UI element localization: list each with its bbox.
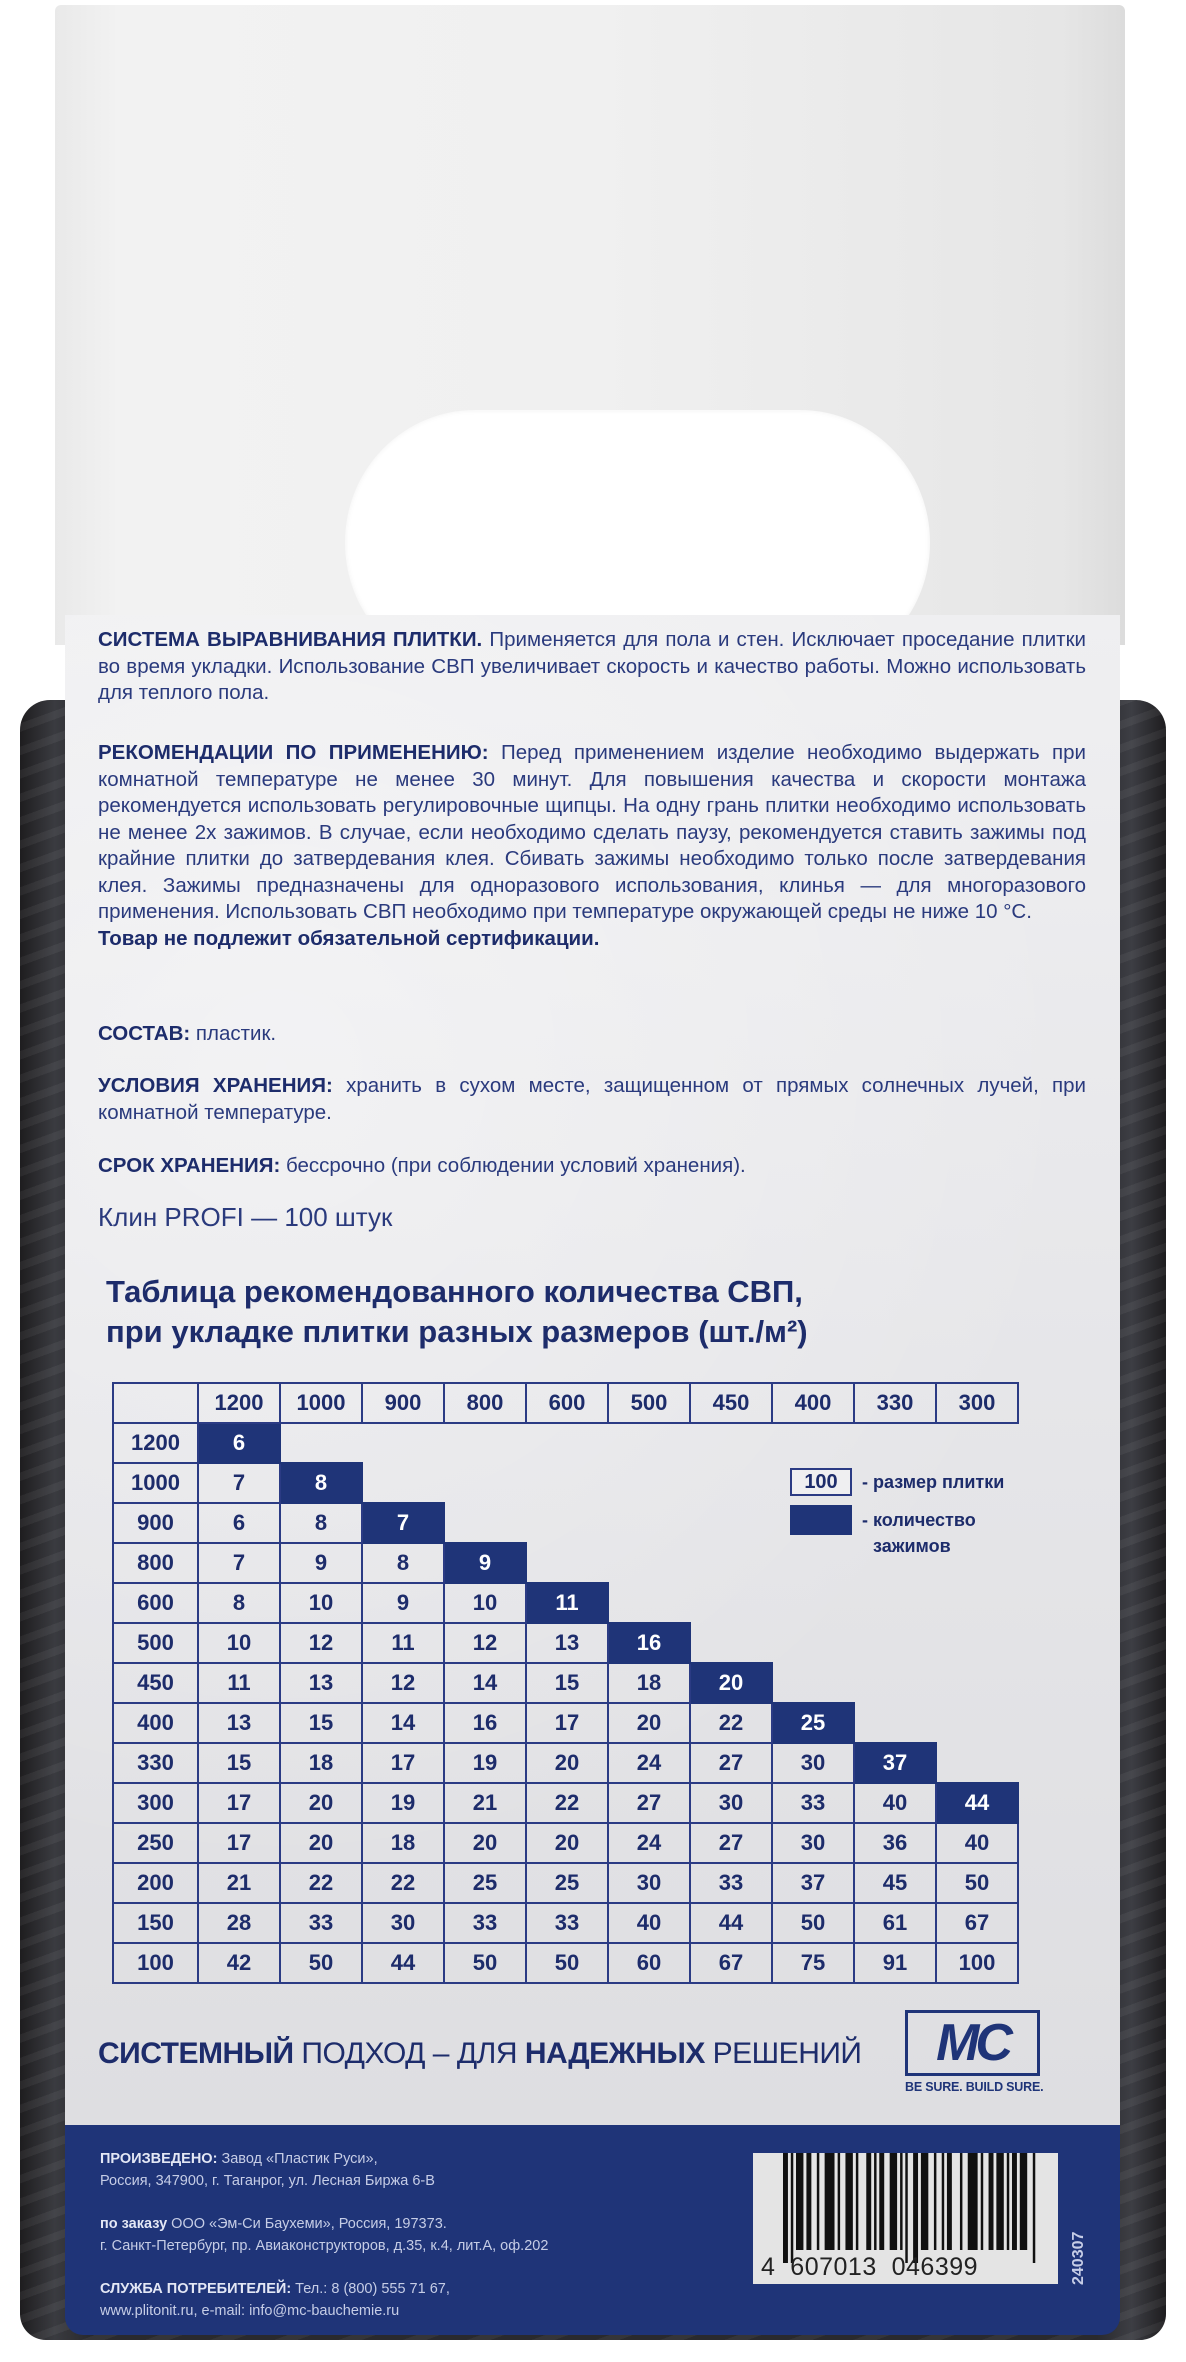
table-cell: 36 bbox=[854, 1823, 936, 1863]
column-header: 900 bbox=[362, 1383, 444, 1423]
batch-code: 240307 bbox=[1070, 2232, 1088, 2285]
diagonal-cell: 7 bbox=[362, 1503, 444, 1543]
storage-heading: УСЛОВИЯ ХРАНЕНИЯ: bbox=[98, 1074, 333, 1097]
diagonal-cell: 8 bbox=[280, 1463, 362, 1503]
diagonal-cell: 16 bbox=[608, 1623, 690, 1663]
empty-cell bbox=[690, 1543, 772, 1583]
table-cell: 13 bbox=[280, 1663, 362, 1703]
empty-cell bbox=[444, 1463, 526, 1503]
legend-size-swatch: 100 bbox=[790, 1468, 852, 1496]
diagonal-cell: 6 bbox=[198, 1423, 280, 1463]
barcode: 4 607013 046399 bbox=[753, 2153, 1058, 2284]
mc-tagline: BE SURE. BUILD SURE. bbox=[905, 2080, 1045, 2094]
composition-text: пластик. bbox=[190, 1022, 276, 1045]
table-cell: 17 bbox=[198, 1783, 280, 1823]
shelf-life: СРОК ХРАНЕНИЯ: бессрочно (при соблюдении… bbox=[98, 1153, 1086, 1180]
table-cell: 91 bbox=[854, 1943, 936, 1983]
table-cell: 13 bbox=[526, 1623, 608, 1663]
column-header: 450 bbox=[690, 1383, 772, 1423]
table-cell: 44 bbox=[362, 1943, 444, 1983]
row-header: 500 bbox=[113, 1623, 198, 1663]
empty-cell bbox=[526, 1543, 608, 1583]
shelf-heading: СРОК ХРАНЕНИЯ: bbox=[98, 1154, 280, 1177]
diagonal-cell: 11 bbox=[526, 1583, 608, 1623]
empty-cell bbox=[690, 1463, 772, 1503]
column-header: 330 bbox=[854, 1383, 936, 1423]
table-cell: 6 bbox=[198, 1503, 280, 1543]
row-header: 1200 bbox=[113, 1423, 198, 1463]
diagonal-cell: 9 bbox=[444, 1543, 526, 1583]
table-cell: 11 bbox=[362, 1623, 444, 1663]
table-cell: 10 bbox=[198, 1623, 280, 1663]
table-cell: 33 bbox=[444, 1903, 526, 1943]
table-cell: 8 bbox=[362, 1543, 444, 1583]
table-cell: 16 bbox=[444, 1703, 526, 1743]
empty-cell bbox=[690, 1583, 772, 1623]
table-cell: 7 bbox=[198, 1543, 280, 1583]
empty-cell bbox=[690, 1503, 772, 1543]
table-cell: 30 bbox=[608, 1863, 690, 1903]
table-row: 500101211121316 bbox=[113, 1623, 1018, 1663]
row-header: 400 bbox=[113, 1703, 198, 1743]
table-cell: 19 bbox=[362, 1783, 444, 1823]
bag-top-film bbox=[55, 5, 1125, 645]
table-row: 60081091011 bbox=[113, 1583, 1018, 1623]
empty-cell bbox=[936, 1583, 1018, 1623]
table-row: 330151817192024273037 bbox=[113, 1743, 1018, 1783]
slogan-part-2: ПОДХОД – ДЛЯ bbox=[294, 2037, 525, 2070]
system-description: СИСТЕМА ВЫРАВНИВАНИЯ ПЛИТКИ. Применяется… bbox=[98, 627, 1086, 707]
empty-cell bbox=[690, 1623, 772, 1663]
empty-cell bbox=[854, 1703, 936, 1743]
table-cell: 8 bbox=[280, 1503, 362, 1543]
table-row: 20021222225253033374550 bbox=[113, 1863, 1018, 1903]
produced-heading: ПРОИЗВЕДЕНО: bbox=[100, 2151, 217, 2167]
manufacturer-info: ПРОИЗВЕДЕНО: Завод «Пластик Руси», Росси… bbox=[100, 2148, 548, 2343]
row-header: 150 bbox=[113, 1903, 198, 1943]
diagonal-cell: 37 bbox=[854, 1743, 936, 1783]
service-web: www.plitonit.ru, e-mail: info@mc-bauchem… bbox=[100, 2303, 399, 2319]
table-cell: 8 bbox=[198, 1583, 280, 1623]
empty-cell bbox=[936, 1703, 1018, 1743]
table-row: 12006 bbox=[113, 1423, 1018, 1463]
column-header: 1000 bbox=[280, 1383, 362, 1423]
row-header: 200 bbox=[113, 1863, 198, 1903]
table-cell: 9 bbox=[362, 1583, 444, 1623]
table-header-row: 12001000900800600500450400330300 bbox=[113, 1383, 1018, 1423]
table-cell: 12 bbox=[280, 1623, 362, 1663]
table-cell: 18 bbox=[608, 1663, 690, 1703]
table-cell: 10 bbox=[444, 1583, 526, 1623]
table-row: 25017201820202427303640 bbox=[113, 1823, 1018, 1863]
diagonal-cell: 44 bbox=[936, 1783, 1018, 1823]
table-cell: 14 bbox=[362, 1703, 444, 1743]
slogan-part-4: РЕШЕНИЙ bbox=[705, 2037, 862, 2070]
recommend-heading: РЕКОМЕНДАЦИИ ПО ПРИМЕНЕНИЮ: bbox=[98, 741, 489, 764]
legend-count-label: - количество bbox=[862, 1510, 976, 1531]
table-cell: 22 bbox=[690, 1703, 772, 1743]
table-cell: 17 bbox=[198, 1823, 280, 1863]
column-header: 800 bbox=[444, 1383, 526, 1423]
empty-cell bbox=[280, 1423, 362, 1463]
table-cell: 20 bbox=[280, 1823, 362, 1863]
table-title-line2: при укладке плитки разных размеров (шт./… bbox=[106, 1312, 1006, 1352]
table-cell: 22 bbox=[526, 1783, 608, 1823]
table-cell: 22 bbox=[362, 1863, 444, 1903]
package-contents: Клин PROFI — 100 штук bbox=[98, 1202, 392, 1233]
table-cell: 14 bbox=[444, 1663, 526, 1703]
produced-text: Завод «Пластик Руси», bbox=[217, 2151, 377, 2167]
empty-cell bbox=[854, 1423, 936, 1463]
table-row: 100425044505060677591100 bbox=[113, 1943, 1018, 1983]
diagonal-cell: 20 bbox=[690, 1663, 772, 1703]
table-title-line1: Таблица рекомендованного количества СВП, bbox=[106, 1272, 1006, 1312]
row-header: 1000 bbox=[113, 1463, 198, 1503]
row-header: 450 bbox=[113, 1663, 198, 1703]
empty-cell bbox=[362, 1463, 444, 1503]
service-heading: СЛУЖБА ПОТРЕБИТЕЛЕЙ: bbox=[100, 2281, 291, 2297]
empty-cell bbox=[608, 1503, 690, 1543]
slogan-part-1: СИСТЕМНЫЙ bbox=[98, 2037, 294, 2070]
table-cell: 17 bbox=[526, 1703, 608, 1743]
table-title: Таблица рекомендованного количества СВП,… bbox=[106, 1272, 1006, 1352]
table-cell: 37 bbox=[772, 1863, 854, 1903]
table-cell: 21 bbox=[198, 1863, 280, 1903]
table-cell: 10 bbox=[280, 1583, 362, 1623]
empty-cell bbox=[772, 1663, 854, 1703]
table-legend: 100 - размер плитки - количество зажимов bbox=[790, 1467, 1004, 1557]
table-cell: 25 bbox=[444, 1863, 526, 1903]
empty-cell bbox=[772, 1423, 854, 1463]
produced-address: Россия, 347900, г. Таганрог, ул. Лесная … bbox=[100, 2173, 435, 2189]
table-row: 15028333033334044506167 bbox=[113, 1903, 1018, 1943]
recommend-text: Перед применением изделие необходимо выд… bbox=[98, 741, 1086, 923]
empty-cell bbox=[608, 1423, 690, 1463]
table-cell: 20 bbox=[280, 1783, 362, 1823]
table-cell: 33 bbox=[526, 1903, 608, 1943]
table-cell: 15 bbox=[198, 1743, 280, 1783]
table-corner-cell bbox=[113, 1383, 198, 1423]
row-header: 100 bbox=[113, 1943, 198, 1983]
table-cell: 75 bbox=[772, 1943, 854, 1983]
empty-cell bbox=[854, 1623, 936, 1663]
empty-cell bbox=[608, 1583, 690, 1623]
table-cell: 30 bbox=[362, 1903, 444, 1943]
table-cell: 30 bbox=[772, 1823, 854, 1863]
table-row: 45011131214151820 bbox=[113, 1663, 1018, 1703]
certification-note: Товар не подлежит обязательной сертифика… bbox=[98, 927, 599, 950]
empty-cell bbox=[608, 1463, 690, 1503]
column-header: 300 bbox=[936, 1383, 1018, 1423]
table-cell: 60 bbox=[608, 1943, 690, 1983]
table-cell: 33 bbox=[690, 1863, 772, 1903]
row-header: 800 bbox=[113, 1543, 198, 1583]
column-header: 1200 bbox=[198, 1383, 280, 1423]
row-header: 300 bbox=[113, 1783, 198, 1823]
empty-cell bbox=[854, 1663, 936, 1703]
table-cell: 20 bbox=[608, 1703, 690, 1743]
table-cell: 50 bbox=[280, 1943, 362, 1983]
legend-count-swatch bbox=[790, 1505, 852, 1535]
row-header: 330 bbox=[113, 1743, 198, 1783]
mc-logo-mark: MC bbox=[905, 2010, 1040, 2076]
table-cell: 45 bbox=[854, 1863, 936, 1903]
table-cell: 20 bbox=[444, 1823, 526, 1863]
table-cell: 20 bbox=[526, 1823, 608, 1863]
empty-cell bbox=[936, 1623, 1018, 1663]
table-cell: 30 bbox=[772, 1743, 854, 1783]
composition: СОСТАВ: пластик. bbox=[98, 1021, 1086, 1048]
empty-cell bbox=[526, 1463, 608, 1503]
row-header: 900 bbox=[113, 1503, 198, 1543]
empty-cell bbox=[936, 1423, 1018, 1463]
slogan-part-3: НАДЕЖНЫХ bbox=[525, 2037, 705, 2070]
table-cell: 50 bbox=[772, 1903, 854, 1943]
empty-cell bbox=[362, 1423, 444, 1463]
mc-logo: MC BE SURE. BUILD SURE. bbox=[905, 2010, 1045, 2094]
table-cell: 9 bbox=[280, 1543, 362, 1583]
order-heading: по заказу bbox=[100, 2216, 167, 2232]
legend-size-label: - размер плитки bbox=[862, 1472, 1004, 1493]
table-cell: 15 bbox=[280, 1703, 362, 1743]
table-cell: 67 bbox=[936, 1903, 1018, 1943]
column-header: 500 bbox=[608, 1383, 690, 1423]
table-cell: 21 bbox=[444, 1783, 526, 1823]
table-cell: 40 bbox=[854, 1783, 936, 1823]
empty-cell bbox=[936, 1663, 1018, 1703]
table-cell: 40 bbox=[936, 1823, 1018, 1863]
empty-cell bbox=[526, 1423, 608, 1463]
column-header: 600 bbox=[526, 1383, 608, 1423]
table-cell: 11 bbox=[198, 1663, 280, 1703]
row-header: 600 bbox=[113, 1583, 198, 1623]
composition-heading: СОСТАВ: bbox=[98, 1022, 190, 1045]
empty-cell bbox=[526, 1503, 608, 1543]
table-cell: 28 bbox=[198, 1903, 280, 1943]
table-cell: 17 bbox=[362, 1743, 444, 1783]
system-heading: СИСТЕМА ВЫРАВНИВАНИЯ ПЛИТКИ. bbox=[98, 628, 482, 651]
empty-cell bbox=[772, 1623, 854, 1663]
legend-count-label-2: зажимов bbox=[790, 1535, 1004, 1557]
table-cell: 12 bbox=[362, 1663, 444, 1703]
empty-cell bbox=[690, 1423, 772, 1463]
table-cell: 100 bbox=[936, 1943, 1018, 1983]
empty-cell bbox=[772, 1583, 854, 1623]
table-cell: 25 bbox=[526, 1863, 608, 1903]
order-address: г. Санкт-Петербург, пр. Авиаконструкторо… bbox=[100, 2238, 548, 2254]
table-cell: 33 bbox=[772, 1783, 854, 1823]
table-row: 30017201921222730334044 bbox=[113, 1783, 1018, 1823]
table-cell: 15 bbox=[526, 1663, 608, 1703]
table-cell: 24 bbox=[608, 1743, 690, 1783]
diagonal-cell: 25 bbox=[772, 1703, 854, 1743]
table-cell: 24 bbox=[608, 1823, 690, 1863]
table-cell: 50 bbox=[444, 1943, 526, 1983]
manufacturer-footer: ПРОИЗВЕДЕНО: Завод «Пластик Руси», Росси… bbox=[65, 2125, 1120, 2335]
empty-cell bbox=[936, 1743, 1018, 1783]
order-text: ООО «Эм-Си Баухеми», Россия, 197373. bbox=[167, 2216, 447, 2232]
barcode-digits: 4 607013 046399 bbox=[761, 2253, 978, 2282]
barcode-bars bbox=[783, 2153, 1038, 2263]
shelf-text: бессрочно (при соблюдении условий хранен… bbox=[280, 1154, 745, 1177]
table-cell: 50 bbox=[936, 1863, 1018, 1903]
table-cell: 19 bbox=[444, 1743, 526, 1783]
table-cell: 30 bbox=[690, 1783, 772, 1823]
table-cell: 33 bbox=[280, 1903, 362, 1943]
table-cell: 42 bbox=[198, 1943, 280, 1983]
table-cell: 7 bbox=[198, 1463, 280, 1503]
empty-cell bbox=[608, 1543, 690, 1583]
empty-cell bbox=[444, 1503, 526, 1543]
table-cell: 44 bbox=[690, 1903, 772, 1943]
table-cell: 67 bbox=[690, 1943, 772, 1983]
table-row: 4001315141617202225 bbox=[113, 1703, 1018, 1743]
table-cell: 61 bbox=[854, 1903, 936, 1943]
empty-cell bbox=[444, 1423, 526, 1463]
table-cell: 40 bbox=[608, 1903, 690, 1943]
table-cell: 18 bbox=[362, 1823, 444, 1863]
table-cell: 22 bbox=[280, 1863, 362, 1903]
brand-slogan: СИСТЕМНЫЙ ПОДХОД – ДЛЯ НАДЕЖНЫХ РЕШЕНИЙ bbox=[98, 2037, 861, 2071]
empty-cell bbox=[854, 1583, 936, 1623]
table-cell: 50 bbox=[526, 1943, 608, 1983]
service-text: Тел.: 8 (800) 555 71 67, bbox=[291, 2281, 450, 2297]
table-cell: 27 bbox=[690, 1743, 772, 1783]
table-cell: 13 bbox=[198, 1703, 280, 1743]
table-cell: 12 bbox=[444, 1623, 526, 1663]
table-cell: 20 bbox=[526, 1743, 608, 1783]
table-cell: 27 bbox=[608, 1783, 690, 1823]
storage-conditions: УСЛОВИЯ ХРАНЕНИЯ: хранить в сухом месте,… bbox=[98, 1073, 1086, 1126]
row-header: 250 bbox=[113, 1823, 198, 1863]
column-header: 400 bbox=[772, 1383, 854, 1423]
table-cell: 27 bbox=[690, 1823, 772, 1863]
usage-recommendations: РЕКОМЕНДАЦИИ ПО ПРИМЕНЕНИЮ: Перед примен… bbox=[98, 740, 1086, 952]
table-cell: 18 bbox=[280, 1743, 362, 1783]
